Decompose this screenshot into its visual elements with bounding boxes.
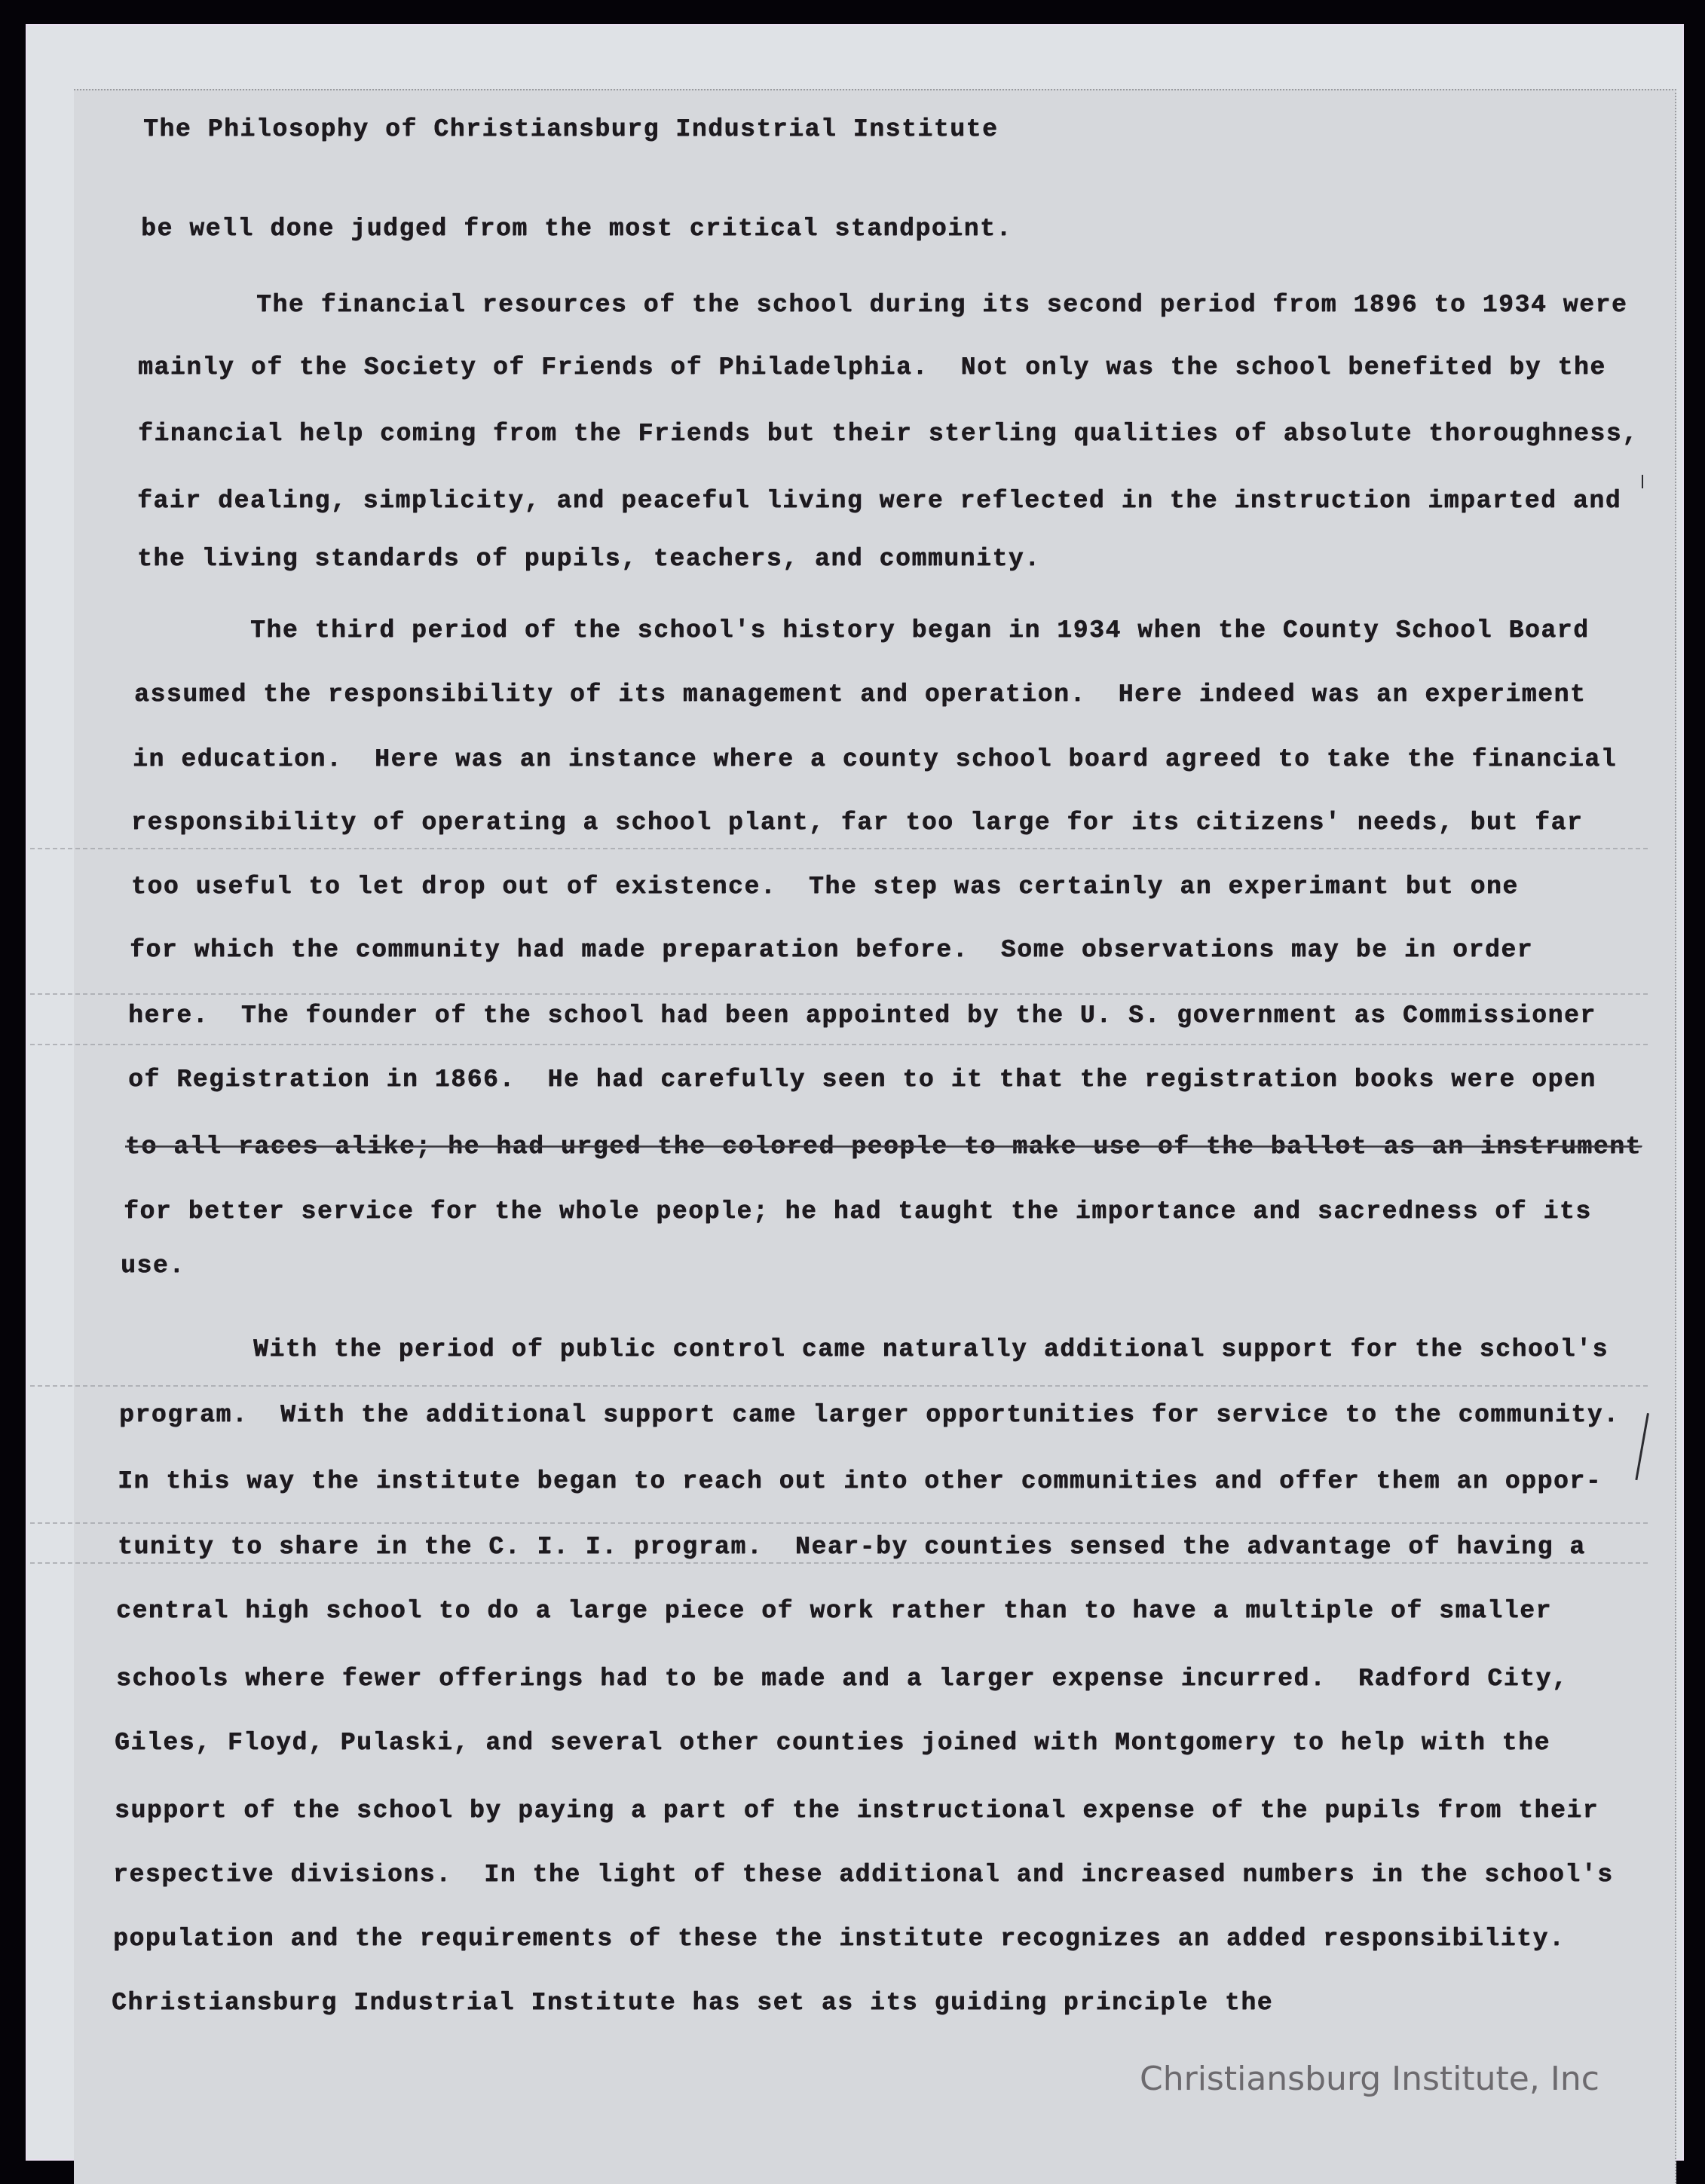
text-line: of Registration in 1866. He had carefull… <box>128 1065 1596 1095</box>
text-line: tunity to share in the C. I. I. program.… <box>118 1532 1586 1562</box>
text-line: mainly of the Society of Friends of Phil… <box>138 353 1606 383</box>
text-line: responsibility of operating a school pla… <box>131 808 1583 838</box>
copier-streak <box>30 1044 1651 1045</box>
text-line: be well done judged from the most critic… <box>141 214 1012 244</box>
watermark: Christiansburg Institute, Inc <box>1140 2060 1599 2098</box>
document-header: The Philosophy of Christiansburg Industr… <box>143 115 998 145</box>
copier-streak <box>30 1562 1651 1564</box>
text-line: assumed the responsibility of its manage… <box>134 680 1586 710</box>
margin-pen-mark <box>1642 475 1643 488</box>
text-line: for better service for the whole people;… <box>124 1197 1592 1227</box>
text-line: for which the community had made prepara… <box>130 935 1533 965</box>
text-line: In this way the institute began to reach… <box>118 1467 1602 1497</box>
text-line: fair dealing, simplicity, and peaceful l… <box>137 486 1621 516</box>
text-line: too useful to let drop out of existence.… <box>131 872 1519 902</box>
text-line: program. With the additional support cam… <box>119 1400 1620 1430</box>
text-line: population and the requirements of these… <box>113 1924 1565 1954</box>
copier-streak <box>30 993 1651 995</box>
text-line: With the period of public control came n… <box>253 1335 1609 1365</box>
text-line: Christiansburg Industrial Institute has … <box>112 1988 1273 2018</box>
text-line: the living standards of pupils, teachers… <box>137 544 1041 574</box>
text-line: schools where fewer offerings had to be … <box>116 1664 1568 1694</box>
text-line: support of the school by paying a part o… <box>115 1796 1599 1826</box>
text-line-struck: to all races alike; he had urged the col… <box>125 1132 1642 1162</box>
text-line: financial help coming from the Friends b… <box>138 419 1639 449</box>
text-line: The third period of the school's history… <box>250 616 1589 646</box>
copier-streak <box>30 848 1651 849</box>
text-line: The financial resources of the school du… <box>256 290 1627 320</box>
copier-streak <box>30 1385 1651 1387</box>
text-line: use. <box>121 1251 185 1281</box>
text-line: here. The founder of the school had been… <box>128 1001 1596 1031</box>
text-line: central high school to do a large piece … <box>116 1596 1552 1626</box>
text-line: in education. Here was an instance where… <box>133 745 1617 775</box>
text-line: Giles, Floyd, Pulaski, and several other… <box>115 1728 1550 1758</box>
copier-streak <box>30 1522 1651 1524</box>
text-line: respective divisions. In the light of th… <box>113 1860 1614 1890</box>
